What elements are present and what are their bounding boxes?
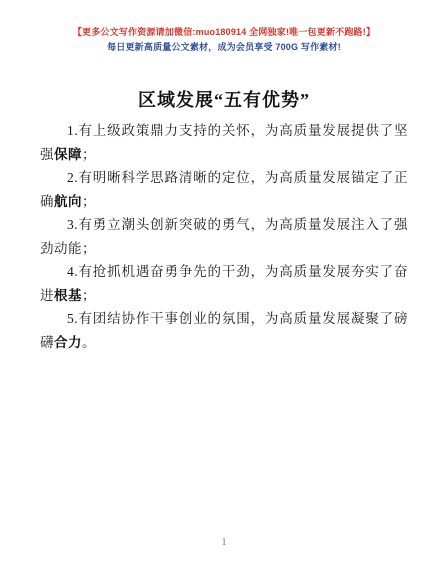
paragraph-emphasis: 保障 [54, 147, 82, 162]
paragraph: 5.有团结协作干事创业的氛围，为高质量发展凝聚了磅礴合力。 [40, 307, 408, 354]
document-page: 【更多公文写作资源请加微信:muo180914 全网独家!唯一包更新不跑路!】 … [0, 0, 448, 580]
paragraph-emphasis: 合力 [54, 335, 82, 350]
promo-banner: 【更多公文写作资源请加微信:muo180914 全网独家!唯一包更新不跑路!】 … [40, 25, 408, 55]
paragraph: 1.有上级政策鼎力支持的关怀，为高质量发展提供了坚强保障； [40, 119, 408, 166]
promo-line-2: 每日更新高质量公文素材，成为会员享受 700G 写作素材! [40, 40, 408, 55]
paragraph: 2.有明晰科学思路清晰的定位，为高质量发展锚定了正确航向； [40, 166, 408, 213]
paragraph-emphasis: 航向 [54, 194, 82, 209]
paragraph: 4.有抢抓机遇奋勇争先的干劲，为高质量发展夯实了奋进根基； [40, 260, 408, 307]
paragraph: 3.有勇立潮头创新突破的勇气，为高质量发展注入了强劲动能； [40, 213, 408, 260]
paragraph-tail: ； [82, 241, 96, 256]
paragraph-tail: ； [82, 288, 96, 303]
promo-line-1: 【更多公文写作资源请加微信:muo180914 全网独家!唯一包更新不跑路!】 [40, 25, 408, 40]
page-number: 1 [0, 537, 448, 548]
document-body: 1.有上级政策鼎力支持的关怀，为高质量发展提供了坚强保障；2.有明晰科学思路清晰… [40, 119, 408, 354]
document-title: 区域发展“五有优势” [40, 88, 408, 112]
paragraph-tail: ； [82, 147, 96, 162]
paragraph-tail: 。 [82, 335, 96, 350]
paragraph-tail: ； [82, 194, 96, 209]
paragraph-emphasis: 根基 [54, 288, 82, 303]
